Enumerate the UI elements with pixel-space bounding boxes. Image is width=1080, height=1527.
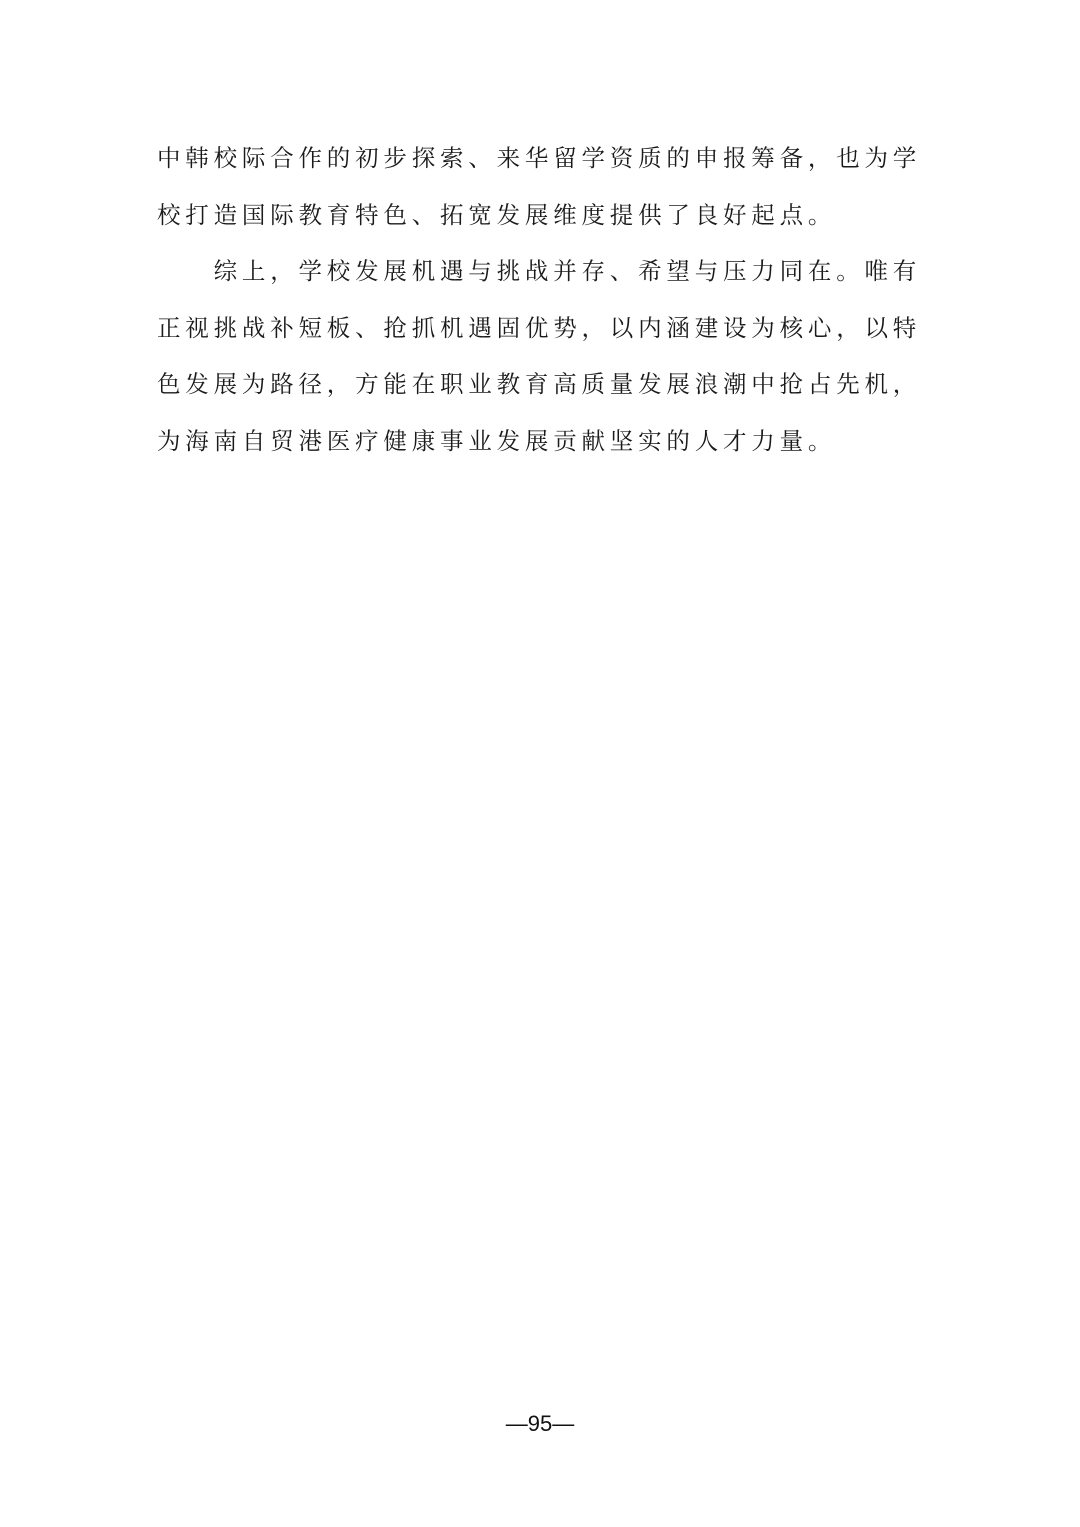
paragraph-line: 正视挑战补短板、抢抓机遇固优势，以内涵建设为核心，以特 [157, 308, 957, 365]
document-page: 中韩校际合作的初步探索、来华留学资质的申报筹备，也为学 校打造国际教育特色、拓宽… [0, 0, 1080, 1527]
paragraph-line: 校打造国际教育特色、拓宽发展维度提供了良好起点。 [157, 195, 957, 252]
paragraph-line: 为海南自贸港医疗健康事业发展贡献坚实的人才力量。 [157, 421, 957, 478]
paragraph-line: 色发展为路径，方能在职业教育高质量发展浪潮中抢占先机， [157, 364, 957, 421]
paragraph-line: 综上，学校发展机遇与挑战并存、希望与压力同在。唯有 [157, 251, 957, 308]
page-number: —95— [0, 1411, 1080, 1437]
paragraph-line: 中韩校际合作的初步探索、来华留学资质的申报筹备，也为学 [157, 138, 957, 195]
body-text: 中韩校际合作的初步探索、来华留学资质的申报筹备，也为学 校打造国际教育特色、拓宽… [157, 138, 957, 478]
